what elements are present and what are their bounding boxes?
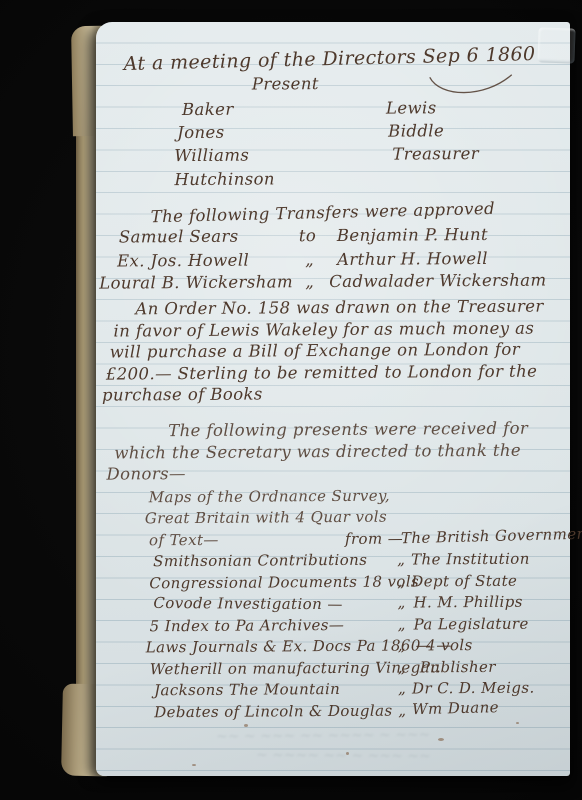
ledger-page: At a meeting of the Directors Sep 6 1860… — [96, 22, 570, 776]
foxing-speck — [244, 724, 248, 727]
presents-intro-line: The following presents were received for — [168, 419, 528, 441]
attendee-name: Hutchinson — [174, 169, 275, 189]
present-item: Smithsonian Contributions — [153, 551, 367, 570]
present-label: Present — [252, 74, 319, 93]
ditto-mark: „ — [305, 250, 314, 269]
present-item: Jacksons The Mountain — [154, 680, 340, 699]
transfer-to: Cadwalader Wickersham — [329, 271, 547, 292]
presents-intro-line: which the Secretary was directed to than… — [114, 441, 521, 463]
order-line: will purchase a Bill of Exchange on Lond… — [110, 340, 520, 362]
attendee-name: Lewis — [386, 98, 437, 117]
attendee-name: Jones — [177, 123, 225, 142]
ditto-mark: „ — [398, 615, 406, 633]
present-item: of Text— — [149, 531, 219, 549]
present-item: Great Britain with 4 Quar vols — [145, 508, 387, 528]
donor-name: Dr C. D. Meigs. — [412, 679, 535, 698]
transfer-connector: to — [299, 226, 317, 245]
ditto-mark: „ — [398, 679, 406, 697]
ditto-mark: „ — [397, 572, 405, 590]
ditto-mark: „ — [397, 593, 405, 611]
date-flourish-icon — [426, 73, 522, 100]
transfers-intro: The following Transfers were approved — [151, 199, 496, 226]
ditto-mark: „ — [305, 272, 314, 291]
present-item: Congressional Documents 18 vols — [149, 572, 419, 592]
ditto-mark: „ — [398, 701, 406, 719]
foxing-speck — [438, 738, 444, 741]
ink-showthrough: ~~ ~ ~~~ ~~ ~~~~ ~ ~~~ — [216, 727, 431, 745]
order-line: An Order No. 158 was drawn on the Treasu… — [135, 297, 543, 319]
ditto-mark: „ — [398, 636, 406, 654]
foxing-speck — [516, 722, 519, 724]
ditto-mark: „ — [397, 550, 405, 568]
transfer-to: Benjamin P. Hunt — [337, 225, 488, 245]
attendee-name: Biddle — [388, 121, 444, 140]
handwritten-content: At a meeting of the Directors Sep 6 1860… — [93, 20, 572, 777]
donor-name: Publisher — [420, 658, 496, 677]
donor-name: Wm Duane — [412, 698, 499, 718]
presents-intro-line: Donors— — [106, 464, 186, 484]
foxing-speck — [192, 764, 196, 766]
meeting-heading: At a meeting of the Directors Sep 6 1860 — [123, 43, 535, 75]
attendee-name: Williams — [174, 146, 249, 166]
transfer-from: Samuel Sears — [119, 227, 239, 247]
transfer-from: Ex. Jos. Howell — [117, 251, 249, 271]
attendee-role: Treasurer — [392, 144, 479, 164]
order-line: in favor of Lewis Wakeley for as much mo… — [113, 319, 534, 341]
ditto-donor-mark: — — — [416, 636, 452, 654]
donor-name: The Institution — [411, 550, 530, 569]
present-item: Maps of the Ordnance Survey, — [149, 487, 390, 507]
transfer-to: Arthur H. Howell — [337, 249, 488, 269]
present-item: Debates of Lincoln & Douglas — [154, 702, 392, 722]
ditto-mark: „ — [398, 658, 406, 676]
from-mark: from — — [345, 530, 403, 548]
donor-name: Dept of State — [411, 572, 517, 591]
donor-name: H. M. Phillips — [413, 593, 522, 612]
present-item: Covode Investigation — — [153, 594, 342, 613]
donor-name: The British Government — [401, 525, 582, 548]
order-line: purchase of Books — [102, 384, 263, 404]
transfer-from: Loural B. Wickersham — [99, 272, 293, 292]
present-item: 5 Index to Pa Archives— — [150, 616, 345, 635]
attendee-name: Baker — [182, 100, 234, 119]
donor-name: Pa Legislature — [414, 615, 529, 634]
ink-showthrough: ~ ~~~~ ~~ ~ ~~~ ~~ — [256, 747, 431, 764]
order-line: £200.— Sterling to be remitted to London… — [106, 362, 538, 384]
manuscript-photo: At a meeting of the Directors Sep 6 1860… — [0, 0, 582, 800]
